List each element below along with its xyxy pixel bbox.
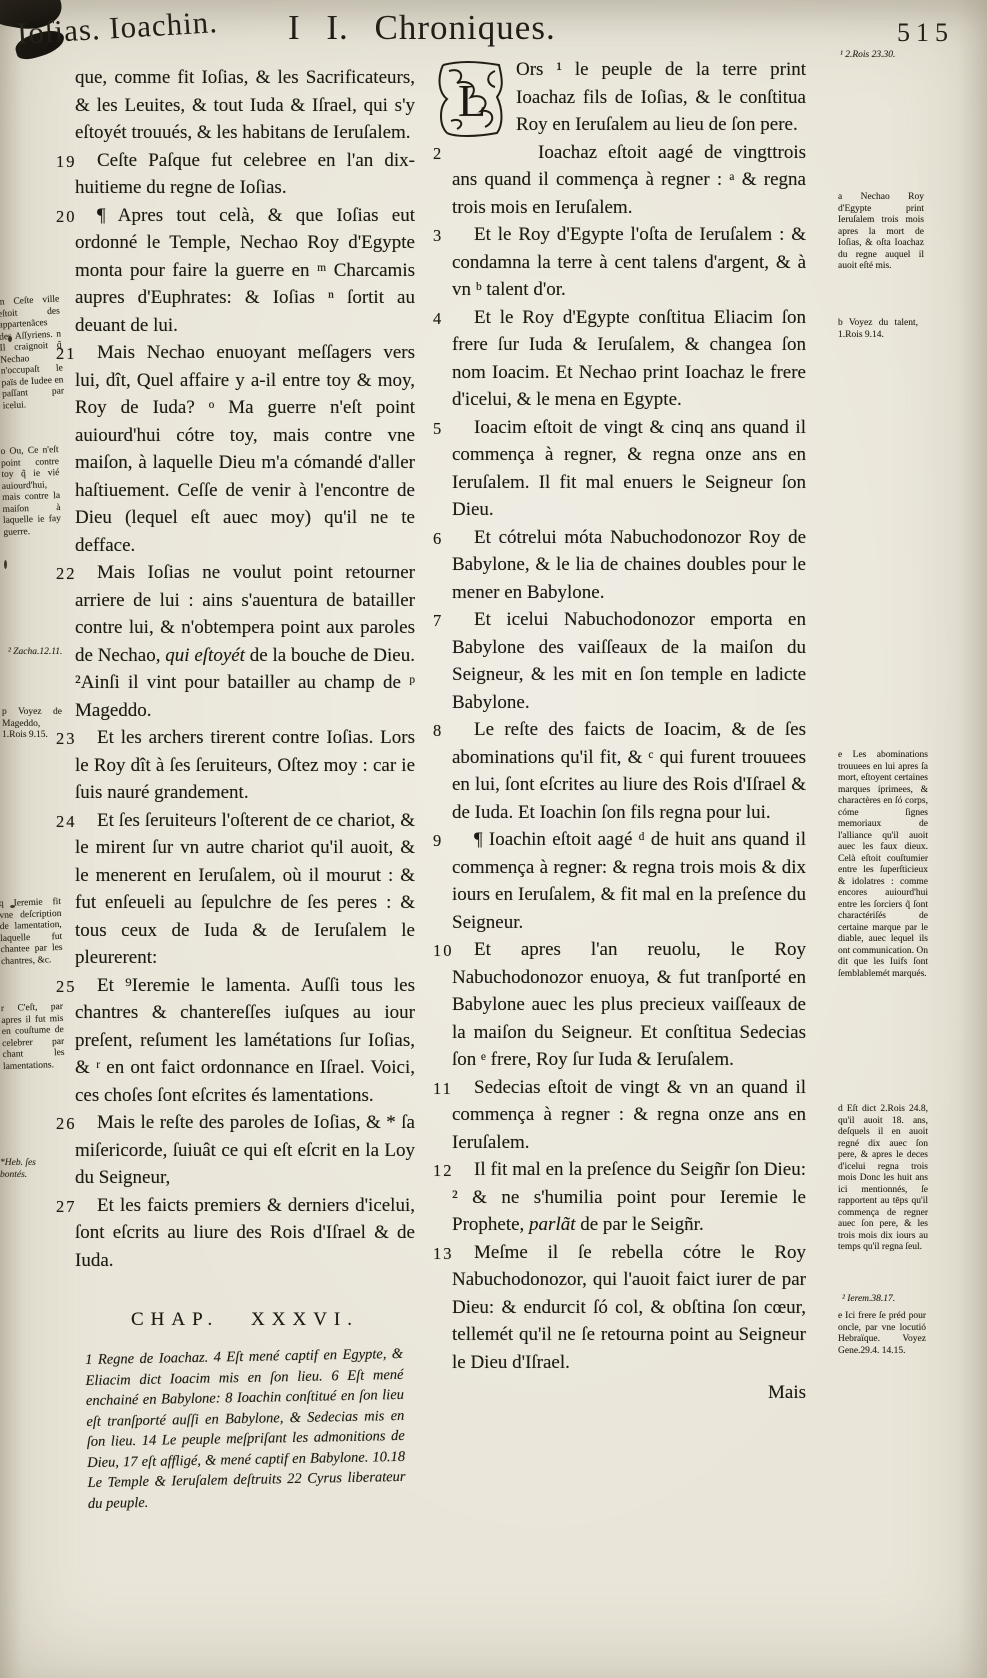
verse: L Ors ¹ le peuple de la terre print Ioac… (452, 56, 806, 139)
verse: 27Et les faicts premiers & derniers d'ic… (75, 1192, 415, 1275)
verse-number: 3 (433, 222, 469, 250)
verse-number: 5 (433, 415, 469, 443)
verse-number: 8 (433, 717, 469, 745)
catchword: Mais (452, 1379, 806, 1407)
verse-number: 20 (56, 203, 92, 231)
margin-note: o Ou, Ce n'eſt point contre toy q̃ ie vi… (0, 445, 61, 539)
verse: 8Le reſte des faicts de Ioacim, & de ſes… (452, 716, 806, 826)
margin-note: q Ieremie fit vne deſcription de lamenta… (0, 897, 63, 968)
verse-text-italic: qui eſtoyét (165, 645, 245, 666)
verse: 26Mais le reſte des paroles de Ioſias, &… (75, 1109, 415, 1192)
verse: que, comme fit Ioſias, & les Sacrificate… (75, 64, 415, 147)
margin-note-reference: ¹ 2.Rois 23.30. (840, 50, 936, 62)
verse: 11Sedecias eſtoit de vingt & vn an quand… (452, 1074, 806, 1157)
verse: 23Et les archers tirerent contre Ioſias.… (75, 724, 415, 807)
verse-number: 6 (433, 525, 469, 553)
verse-number: 4 (433, 305, 469, 333)
margin-note: r C'eſt, par apres il fut mis en couſtum… (1, 1002, 65, 1073)
margin-note: b Voyez du talent, 1.Rois 9.14. (838, 318, 918, 341)
drop-cap-ornament: L (435, 59, 507, 139)
margin-note: d Eſt dict 2.Rois 24.8, qu'il auoit 18. … (838, 1104, 928, 1254)
verse: 25Et ⁹Ieremie le lamenta. Auſſi tous les… (75, 972, 415, 1110)
verse: 22Mais Ioſias ne voulut point retourner … (75, 559, 415, 724)
verse: 10Et apres l'an reuolu, le Roy Nabuchodo… (452, 936, 806, 1074)
verse-text: Sedecias eſtoit de vingt & vn an quand i… (452, 1077, 806, 1153)
verse-text: Et icelui Nabuchodonozor emporta en Baby… (452, 609, 806, 713)
verse: 19Ceſte Paſque fut celebree en l'an dix-… (75, 147, 415, 202)
verse-text: Le reſte des faicts de Ioacim, & de ſes … (452, 719, 806, 823)
ink-speck (4, 560, 7, 569)
verse-number: 12 (433, 1157, 469, 1185)
margin-note: m Ceſte ville eſtoit des appartenãces de… (0, 294, 65, 412)
verse-number: 19 (56, 148, 92, 176)
verse-text: Mais Nechao enuoyant meſſagers vers lui,… (75, 342, 415, 556)
verse-number: 13 (433, 1240, 469, 1268)
verse-text: Et ſes ſeruiteurs l'oſterent de ce chari… (75, 810, 415, 969)
verse: 7Et icelui Nabuchodonozor emporta en Bab… (452, 606, 806, 716)
verse-text: Et ⁹Ieremie le lamenta. Auſſi tous les c… (75, 975, 415, 1106)
verse-text-italic: parlãt (529, 1214, 575, 1235)
verse: 20¶ Apres tout celà, & que Ioſias eut or… (75, 202, 415, 340)
verse-number: 10 (433, 937, 469, 965)
verse-text: ¶ Ioachin eſtoit aagé ᵈ de huit ans quan… (452, 829, 806, 933)
verse-text: que, comme fit Ioſias, & les Sacrificate… (75, 67, 415, 143)
margin-note-reference: ² Zacha.12.11. (8, 647, 64, 659)
verse: 3Et le Roy d'Egypte l'oſta de Ieruſalem … (452, 221, 806, 304)
verse: 21Mais Nechao enuoyant meſſagers vers lu… (75, 339, 415, 559)
verse-number: 27 (56, 1193, 92, 1221)
drop-cap-initial: L (458, 75, 486, 126)
verse-number: 24 (56, 808, 92, 836)
verse: 12Il fit mal en la preſence du Seigñr ſo… (452, 1156, 806, 1239)
verse-text: Et les faicts premiers & derniers d'icel… (75, 1195, 415, 1271)
verse: 24Et ſes ſeruiteurs l'oſterent de ce cha… (75, 807, 415, 972)
margin-note-reference: ² Ierem.38.17. (842, 1294, 928, 1306)
verse-text: Meſme il ſe rebella cótre le Roy Nabucho… (452, 1242, 806, 1373)
verse: 9¶ Ioachin eſtoit aagé ᵈ de huit ans qua… (452, 826, 806, 936)
verse-text: Et le Roy d'Egypte l'oſta de Ieruſalem :… (452, 224, 806, 300)
left-text-column: que, comme fit Ioſias, & les Sacrificate… (75, 64, 415, 1514)
verse: 5Ioacim eſtoit de vingt & cinq ans quand… (452, 414, 806, 524)
margin-note: e Ici frere ſe préd pour oncle, par vne … (838, 1311, 926, 1357)
verse: 4Et le Roy d'Egypte conſtitua Eliacim ſo… (452, 304, 806, 414)
verse-number: 11 (433, 1075, 469, 1103)
verse-number: 26 (56, 1110, 92, 1138)
chapter-argument: 1 Regne de Ioachaz. 4 Eſt mené captif en… (85, 1343, 406, 1513)
chapter-heading: CHAP. XXXVI. (75, 1306, 415, 1334)
verse-text: Ioacim eſtoit de vingt & cinq ans quand … (452, 417, 806, 521)
verse-number: 2 (433, 140, 469, 168)
right-text-column: L Ors ¹ le peuple de la terre print Ioac… (452, 56, 806, 1407)
scanned-bible-page: { "colors": {"paper": "#e8e4d6", "ink": … (0, 0, 987, 1678)
verse: 6Et cótrelui móta Nabuchodonozor Roy de … (452, 524, 806, 607)
margin-note: a Nechao Roy d'Egypte print Ieruſalem tr… (838, 192, 924, 273)
verse-number: 25 (56, 973, 92, 1001)
page-title: I I. Chroniques. (288, 8, 556, 48)
verse-text: Et les archers tirerent contre Ioſias. L… (75, 727, 415, 803)
verse-text: Et cótrelui móta Nabuchodonozor Roy de B… (452, 527, 806, 603)
margin-note: *Heb. ſes bontés. (0, 1158, 58, 1181)
verse: 13Meſme il ſe rebella cótre le Roy Nabuc… (452, 1239, 806, 1377)
verse-number: 9 (433, 827, 469, 855)
verse-text: Et le Roy d'Egypte conſtitua Eliacim ſon… (452, 307, 806, 411)
verse-number: 7 (433, 607, 469, 635)
verse-number: 22 (56, 560, 92, 588)
verse-text: Et apres l'an reuolu, le Roy Nabuchodono… (452, 939, 806, 1070)
verse-text: Ioachaz eſtoit aagé de vingttrois ans qu… (452, 142, 806, 218)
verse-text: de par le Seigñr. (576, 1214, 704, 1235)
margin-note: e Les abominations trouuees en lui apres… (838, 750, 928, 980)
verse: 2Ioachaz eſtoit aagé de vingttrois ans q… (452, 139, 806, 222)
verse-text: Ors ¹ le peuple de la terre print Ioacha… (516, 59, 806, 135)
verse-text: ¶ Apres tout celà, & que Ioſias eut ordo… (75, 205, 415, 336)
page-number: 515 (897, 18, 954, 48)
verse-text: Ceſte Paſque fut celebree en l'an dix-hu… (75, 150, 415, 199)
margin-note: p Voyez de Mageddo, 1.Rois 9.15. (2, 707, 62, 742)
verse-text: Mais le reſte des paroles de Ioſias, & *… (75, 1112, 415, 1188)
